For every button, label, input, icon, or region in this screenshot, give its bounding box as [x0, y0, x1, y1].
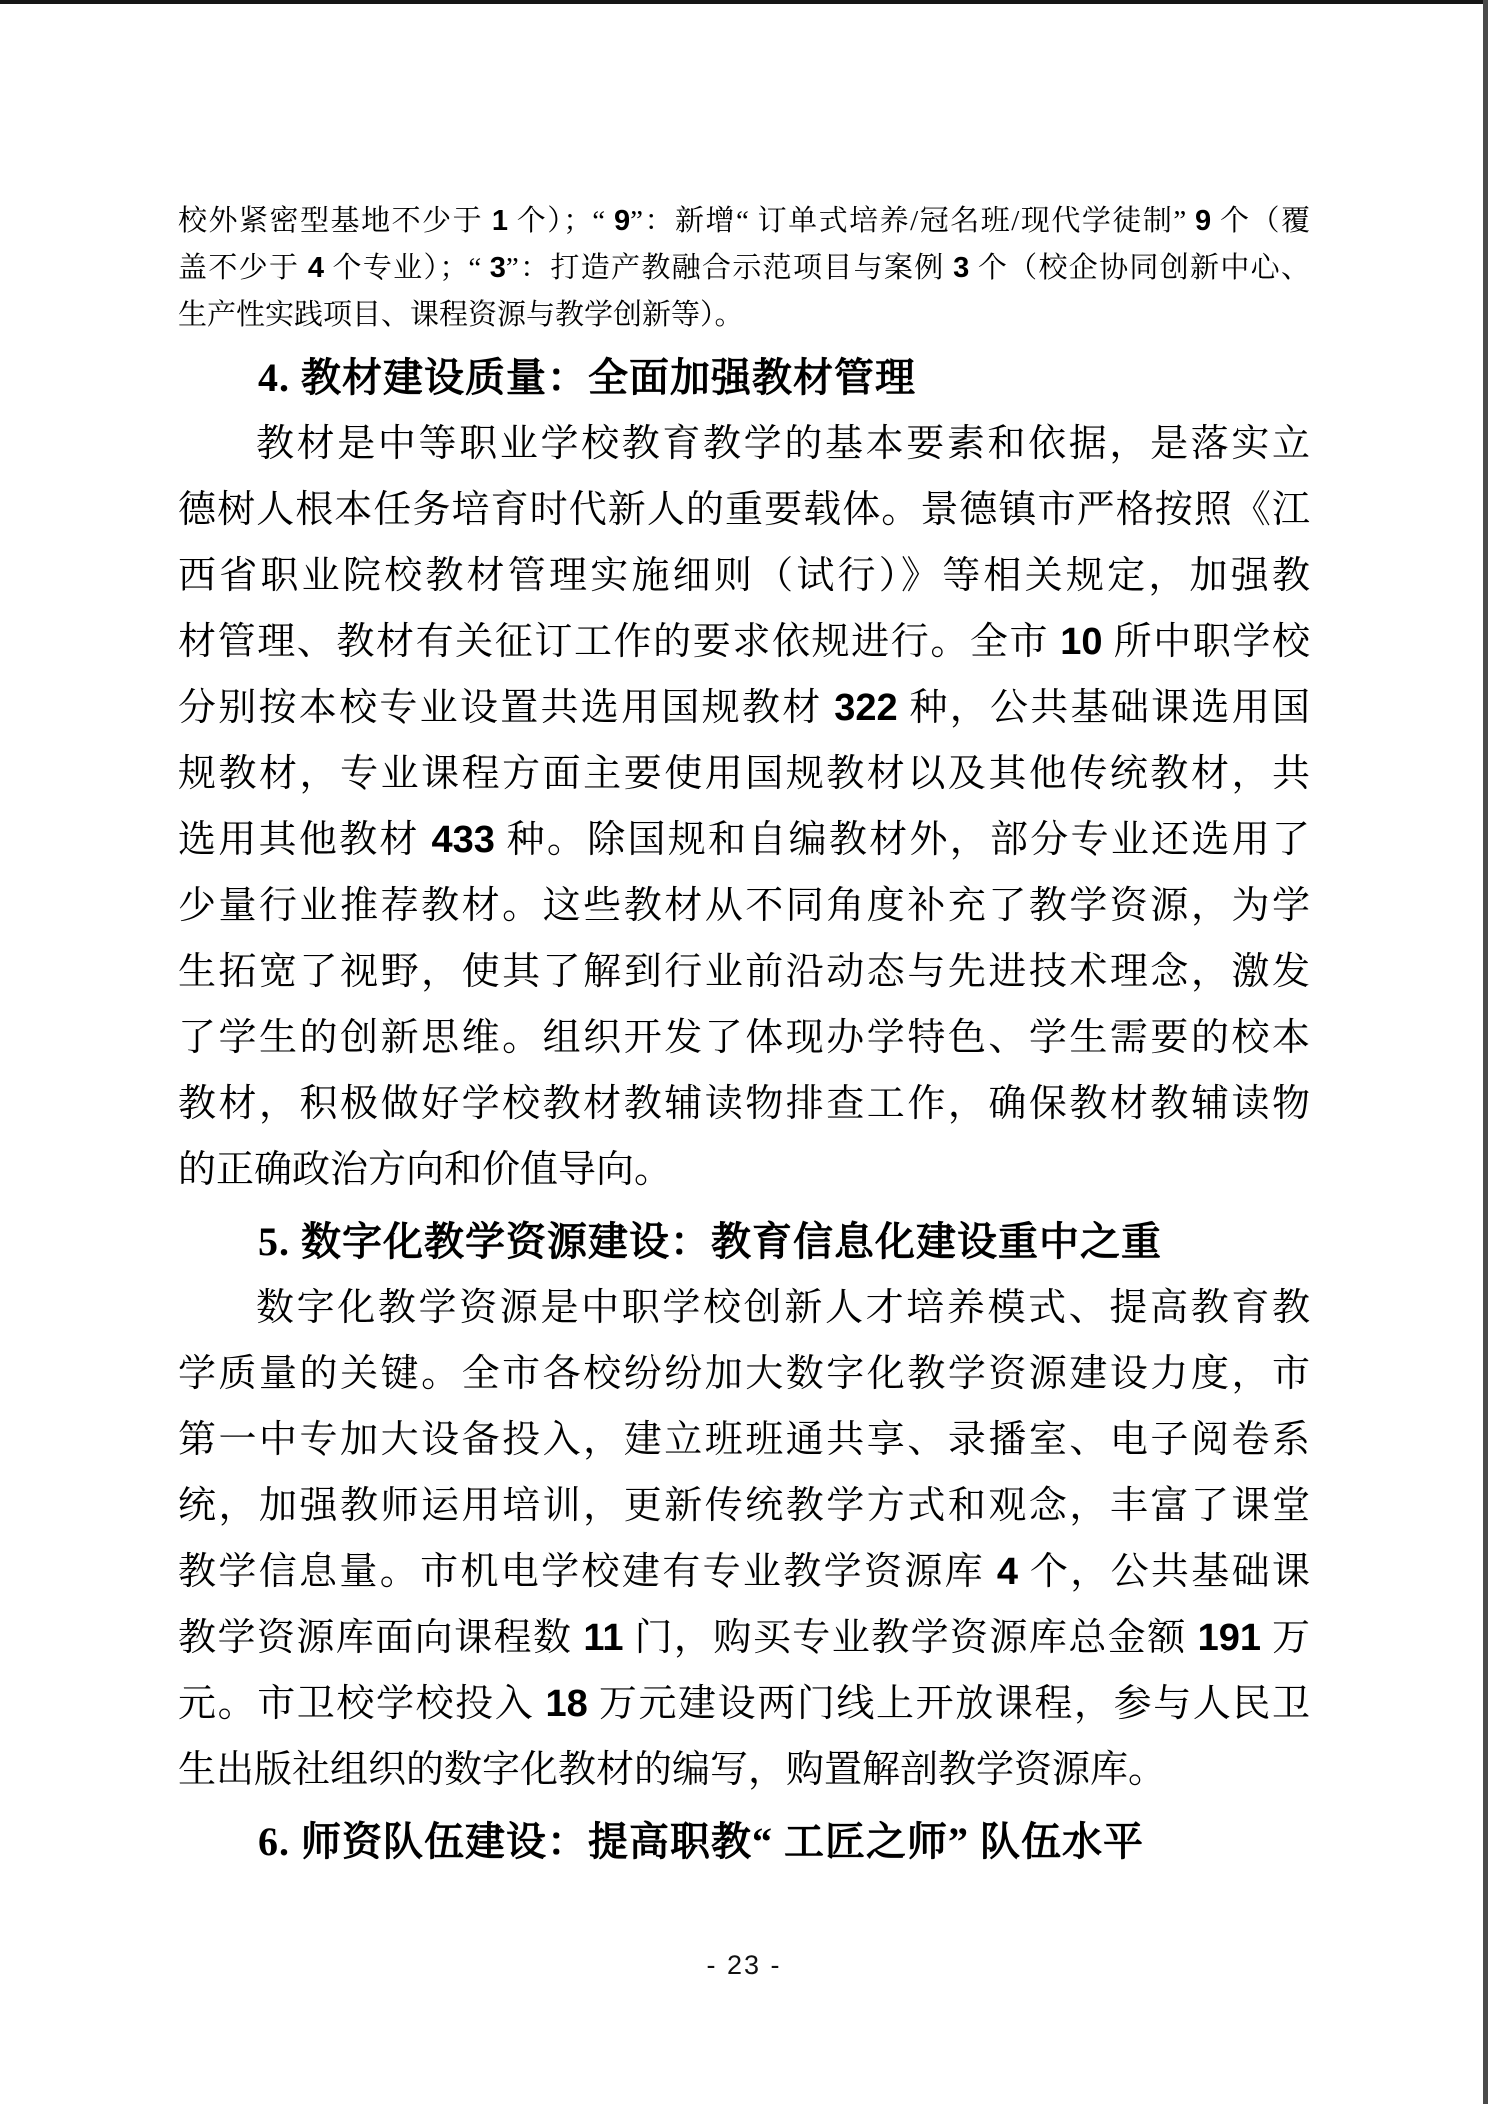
text-line: 学质量的关键。全市各校纷纷加大数字化教学资源建设力度，市 [178, 1341, 1310, 1407]
text-line: 少量行业推荐教材。这些教材从不同角度补充了教学资源，为学 [178, 873, 1310, 939]
text-line: 规教材，专业课程方面主要使用国规教材以及其他传统教材，共 [178, 741, 1310, 807]
text-line: 第一中专加大设备投入，建立班班通共享、录播室、电子阅卷系 [178, 1407, 1310, 1473]
text-line: 分别按本校专业设置共选用国规教材 322 种，公共基础课选用国 [178, 675, 1310, 741]
text-line: 统，加强教师运用培训，更新传统教学方式和观念，丰富了课堂 [178, 1473, 1310, 1539]
text-line: 校外紧密型基地不少于 1 个）；“ 9”：新增“ 订单式培养/冠名班/现代学徒制… [178, 198, 1310, 245]
text-line: 教学资源库面向课程数 11 门，购买专业教学资源库总金额 191 万 [178, 1605, 1310, 1671]
paragraph-textbook-quality: 教材是中等职业学校教育教学的基本要素和依据，是落实立德树人根本任务培育时代新人的… [178, 411, 1310, 1203]
text-line: 德树人根本任务培育时代新人的重要载体。景德镇市严格按照《江 [178, 477, 1310, 543]
text-line: 教材是中等职业学校教育教学的基本要素和依据，是落实立 [178, 411, 1310, 477]
paragraph-digital-resources: 数字化教学资源是中职学校创新人才培养模式、提高教育教学质量的关键。全市各校纷纷加… [178, 1275, 1310, 1803]
text-line: 选用其他教材 433 种。除国规和自编教材外，部分专业还选用了 [178, 807, 1310, 873]
text-line: 了学生的创新思维。组织开发了体现办学特色、学生需要的校本 [178, 1005, 1310, 1071]
page-number: - 23 - [706, 1950, 781, 1980]
text-line: 数字化教学资源是中职学校创新人才培养模式、提高教育教 [178, 1275, 1310, 1341]
text-line: 材管理、教材有关征订工作的要求依规进行。全市 10 所中职学校 [178, 609, 1310, 675]
document-page: 校外紧密型基地不少于 1 个）；“ 9”：新增“ 订单式培养/冠名班/现代学徒制… [0, 0, 1488, 2104]
section-heading-5: 5. 数字化教学资源建设：教育信息化建设重中之重 [178, 1209, 1310, 1275]
text-line: 的正确政治方向和价值导向。 [178, 1137, 1310, 1203]
text-line: 生产性实践项目、课程资源与教学创新等）。 [178, 292, 1310, 339]
text-line: 元。市卫校学校投入 18 万元建设两门线上开放课程，参与人民卫 [178, 1671, 1310, 1737]
text-line: 教材，积极做好学校教材教辅读物排查工作，确保教材教辅读物 [178, 1071, 1310, 1137]
text-line: 教学信息量。市机电学校建有专业教学资源库 4 个，公共基础课 [178, 1539, 1310, 1605]
text-line: 生拓宽了视野，使其了解到行业前沿动态与先进技术理念，激发 [178, 939, 1310, 1005]
page-top-edge-line [0, 0, 1488, 4]
continued-paragraph: 校外紧密型基地不少于 1 个）；“ 9”：新增“ 订单式培养/冠名班/现代学徒制… [178, 198, 1310, 339]
page-footer: - 23 - [0, 1950, 1488, 1981]
section-heading-4: 4. 教材建设质量：全面加强教材管理 [178, 345, 1310, 411]
text-line: 盖不少于 4 个专业）；“ 3”：打造产教融合示范项目与案例 3 个（校企协同创… [178, 245, 1310, 292]
section-heading-6: 6. 师资队伍建设：提高职教“ 工匠之师” 队伍水平 [178, 1809, 1310, 1875]
page-right-edge-line [1483, 0, 1488, 2104]
text-line: 西省职业院校教材管理实施细则（试行）》等相关规定，加强教 [178, 543, 1310, 609]
page-content: 校外紧密型基地不少于 1 个）；“ 9”：新增“ 订单式培养/冠名班/现代学徒制… [178, 198, 1310, 1875]
text-line: 生出版社组织的数字化教材的编写，购置解剖教学资源库。 [178, 1737, 1310, 1803]
